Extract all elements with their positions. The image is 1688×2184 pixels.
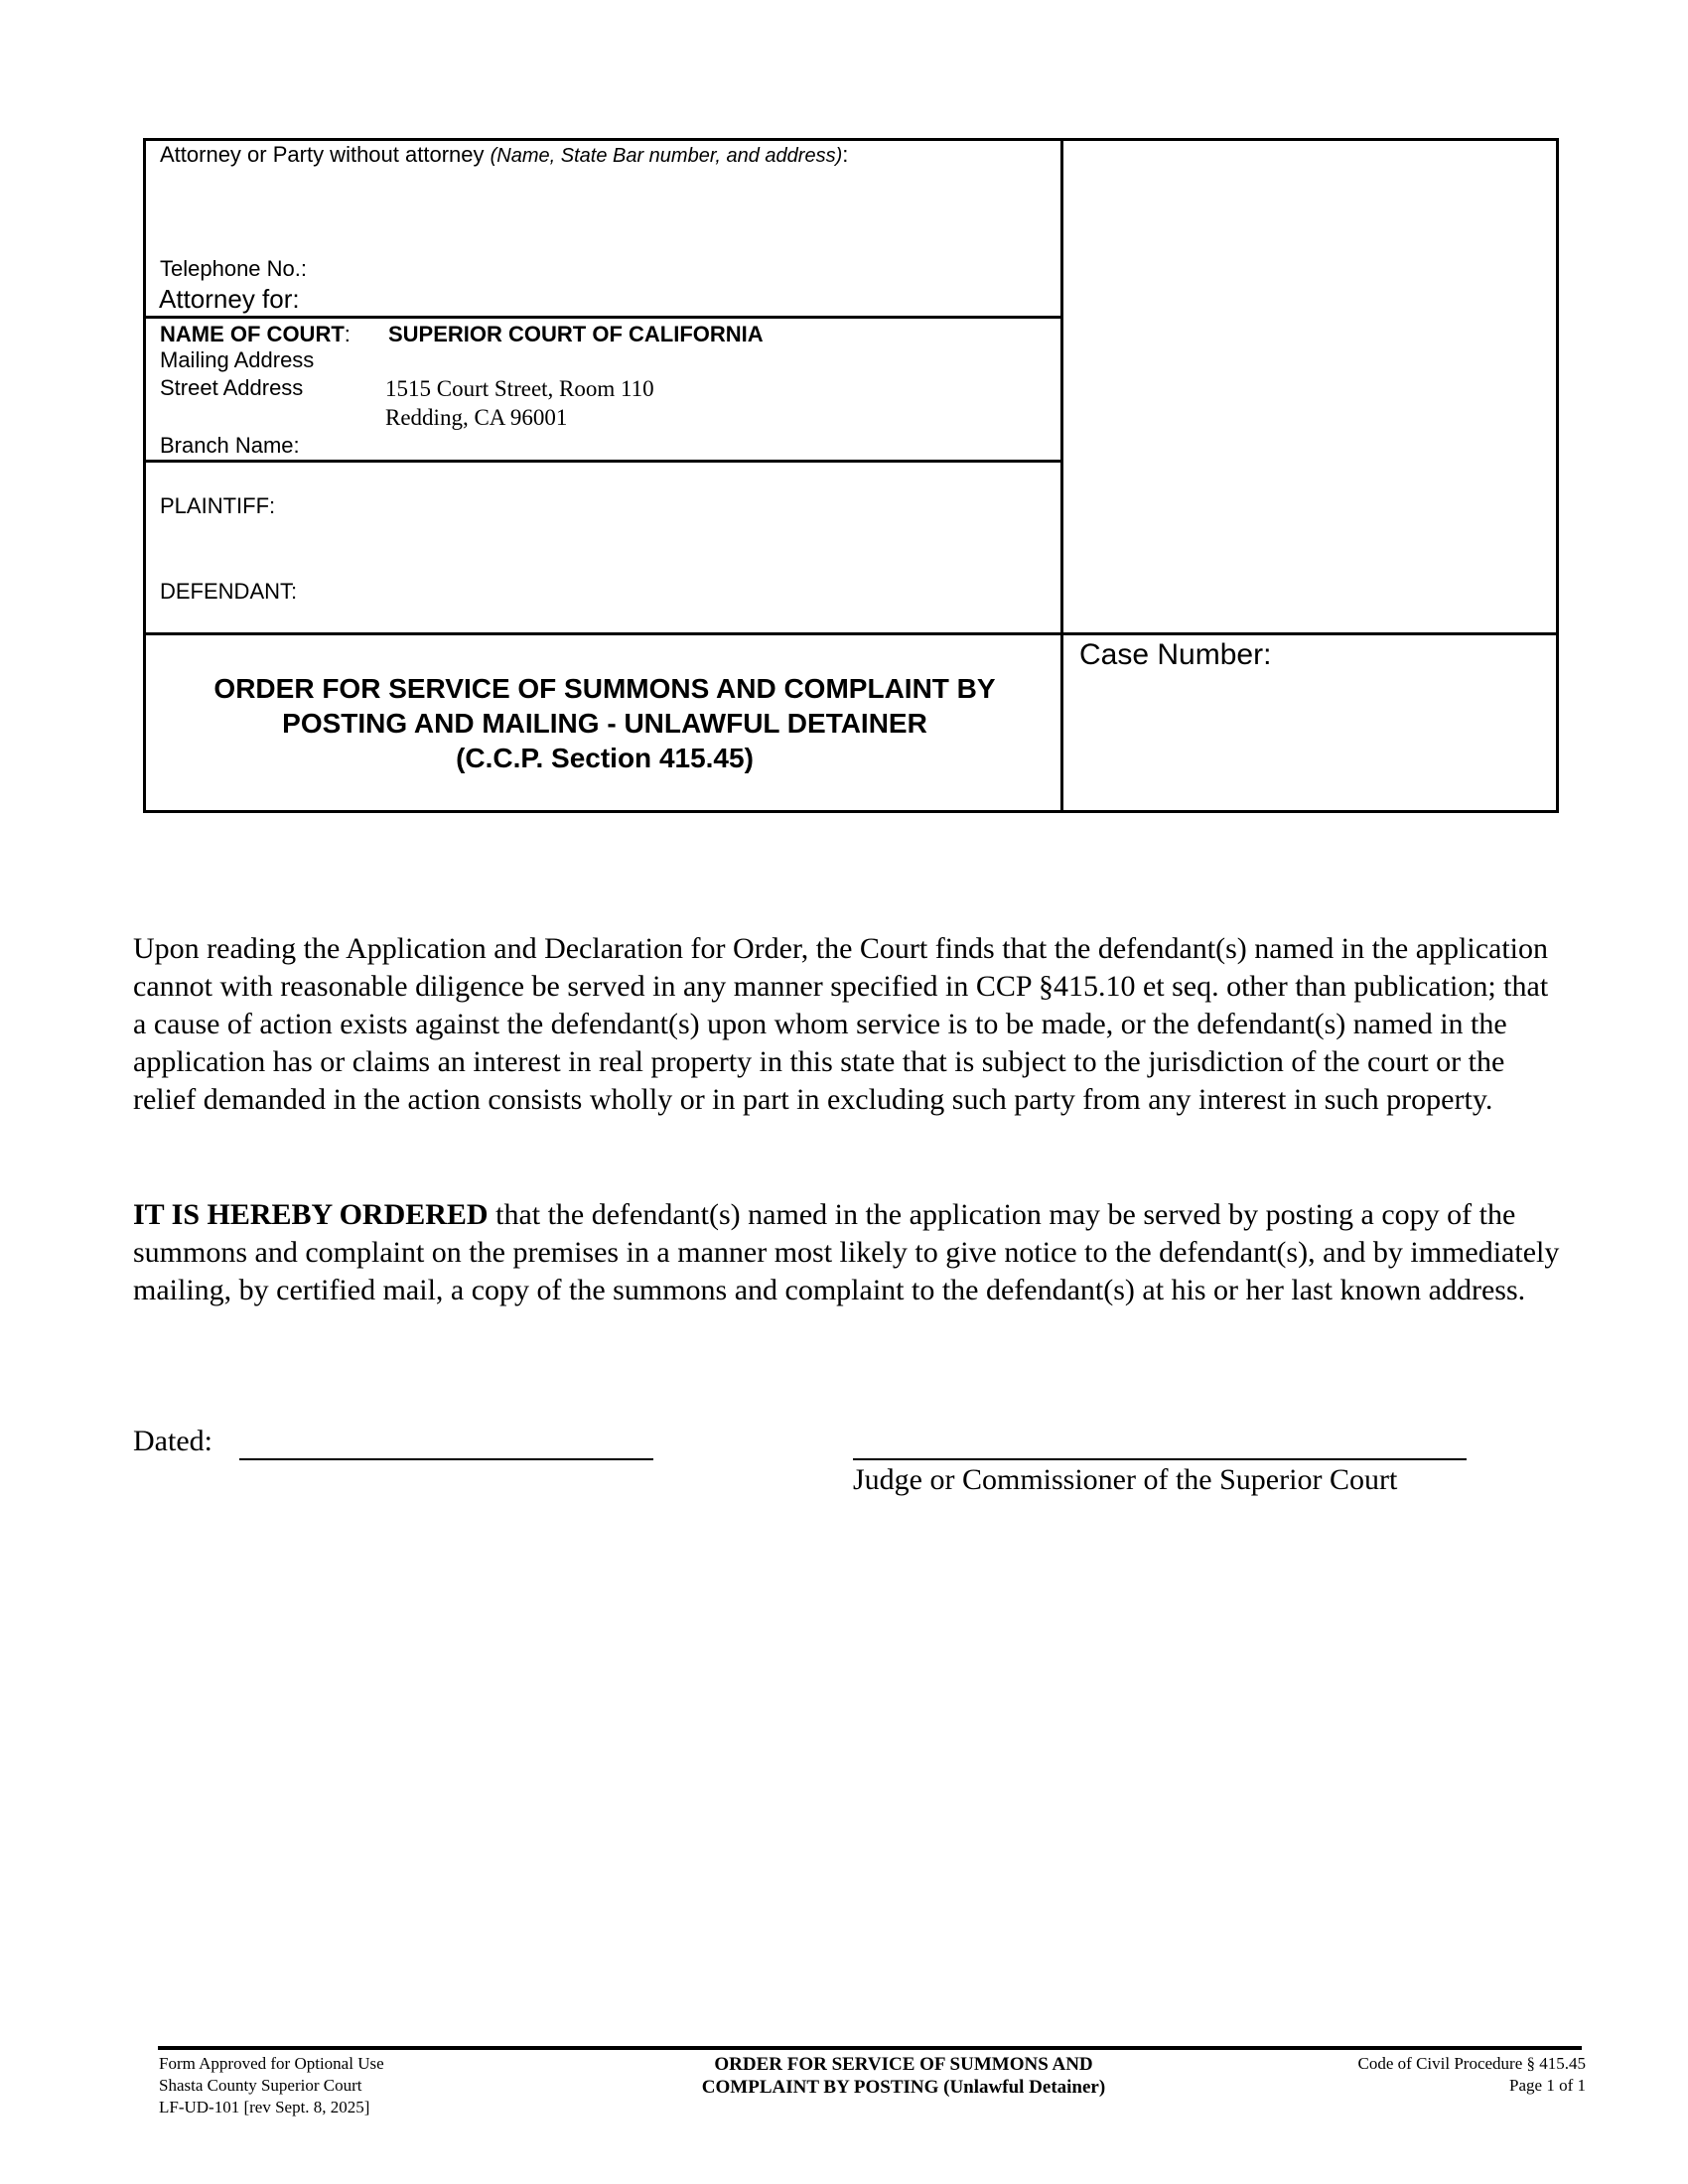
mailing-address-label: Mailing Address: [160, 349, 314, 371]
divider: [143, 632, 1559, 635]
attorney-info-field[interactable]: [159, 171, 1053, 248]
form-title: ORDER FOR SERVICE OF SUMMONS AND COMPLAI…: [149, 671, 1060, 775]
signature-caption: Judge or Commissioner of the Superior Co…: [853, 1465, 1397, 1495]
order-heading: IT IS HEREBY ORDERED: [133, 1198, 489, 1231]
footer-rule: [158, 2046, 1582, 2050]
telephone-label: Telephone No.:: [160, 258, 307, 280]
footer-form-info: Form Approved for Optional Use Shasta Co…: [159, 2053, 384, 2118]
attorney-hint: (Name, State Bar number, and address): [491, 145, 843, 167]
order-paragraph: IT IS HEREBY ORDERED that the defendant(…: [133, 1196, 1563, 1309]
defendant-label: DEFENDANT:: [160, 581, 297, 603]
footer-form-title: ORDER FOR SERVICE OF SUMMONS AND COMPLAI…: [635, 2053, 1172, 2099]
attorney-for-label: Attorney for:: [159, 286, 300, 312]
street-address-value: 1515 Court Street, Room 110 Redding, CA …: [385, 374, 654, 432]
footer-code-page: Code of Civil Procedure § 415.45 Page 1 …: [1358, 2053, 1586, 2097]
caption-column-divider: [1060, 138, 1063, 813]
defendant-field[interactable]: [318, 572, 1053, 606]
signature-line: [853, 1458, 1467, 1460]
findings-paragraph: Upon reading the Application and Declara…: [133, 930, 1563, 1119]
attorney-label: Attorney or Party without attorney (Name…: [160, 144, 848, 166]
street-address-label: Street Address: [160, 377, 303, 399]
case-number-label: Case Number:: [1079, 640, 1271, 670]
court-name-label: NAME OF COURT:: [160, 324, 351, 345]
court-name-value: SUPERIOR COURT OF CALIFORNIA: [388, 324, 764, 345]
divider: [143, 460, 1062, 463]
divider: [143, 316, 1062, 319]
plaintiff-label: PLAINTIFF:: [160, 495, 275, 517]
branch-name-label: Branch Name:: [160, 435, 300, 457]
case-number-field[interactable]: [1077, 685, 1544, 794]
clerk-stamp-area: [1066, 143, 1555, 629]
signature-field[interactable]: [853, 1424, 1467, 1457]
dated-label: Dated:: [133, 1427, 212, 1456]
plaintiff-field[interactable]: [298, 486, 1053, 520]
date-line: [239, 1458, 653, 1460]
date-field[interactable]: [239, 1424, 653, 1457]
